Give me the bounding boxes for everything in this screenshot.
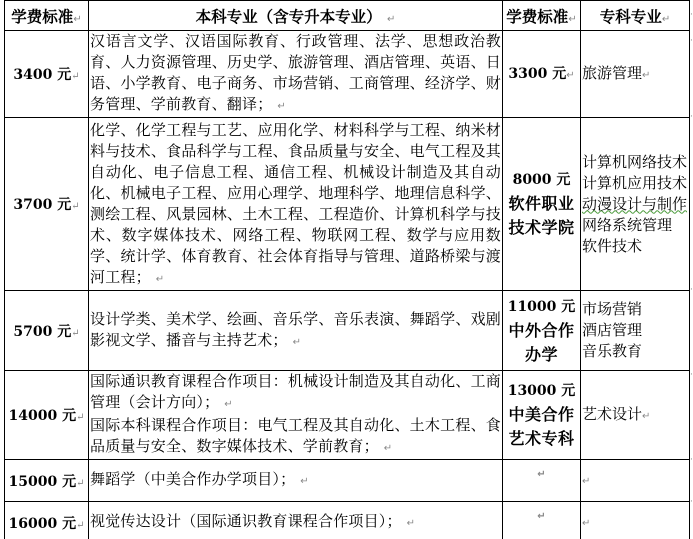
college-majors-cell: ↵ [581,460,690,502]
college-majors-cell: 市场营销 酒店管理 音乐教育 [581,291,690,371]
row-end-mark-icon: · [690,10,693,20]
majors-cell: 国际通识教育课程合作项目：机械设计制造及其自动化、工商管理（会计方向）； ↵ 国… [89,371,503,460]
paragraph-mark-icon: ↵ [293,337,302,348]
header-fee-college: 学费标准↵ [503,1,581,31]
paragraph-mark-icon: ↵ [642,411,650,422]
fee-cell: 14000 元↵ [5,371,89,460]
paragraph-mark-icon: ↵ [300,476,309,487]
college-major-item: 计算机应用技术 [582,173,688,194]
college-fee-cell: ↵ [503,502,581,539]
paragraph-mark-icon: ↵ [407,518,416,529]
college-major-item: 网络系统管理 [582,215,688,236]
majors-cell: 舞蹈学（中美合作办学项目）； ↵ [89,460,503,502]
paragraph-mark-icon: ↵ [537,511,545,522]
college-major-item: 动漫设计与制作 [582,194,688,215]
college-major-item: 酒店管理 [582,320,688,341]
college-major-item: 市场营销 [582,299,688,320]
table-row: 3700 元↵ 化学、化学工程与工艺、应用化学、材料科学与工程、纳米材料与技术、… [5,118,690,291]
college-fee-amount: 13000 元 [504,379,579,403]
header-college-majors: 专科专业↵ [581,1,690,31]
table-row: 16000 元↵ 视觉传达设计（国际通识教育课程合作项目）； ↵ ↵ ↵ [5,502,690,539]
table-row: 3400 元↵ 汉语言文学、汉语国际教育、行政管理、法学、思想政治教育、人力资源… [5,31,690,118]
header-fee-undergrad: 学费标准↵ [5,1,89,31]
majors-cell: 汉语言文学、汉语国际教育、行政管理、法学、思想政治教育、人力资源管理、历史学、旅… [89,31,503,118]
college-majors-cell: ↵ [581,502,690,539]
college-major-item: 音乐教育 [582,341,688,362]
paragraph-mark-icon: ↵ [566,70,574,81]
paragraph-mark-icon: ↵ [71,328,79,339]
paragraph-mark-icon: ↵ [384,443,393,454]
paragraph-mark-icon: ↵ [156,274,165,285]
majors-cell: 化学、化学工程与工艺、应用化学、材料科学与工程、纳米材料与技术、食品科学与工程、… [89,118,503,291]
paragraph-mark-icon: ↵ [582,476,590,487]
majors-cell: 视觉传达设计（国际通识教育课程合作项目）； ↵ [89,502,503,539]
paragraph-mark-icon: ↵ [582,518,590,529]
college-fee-note: 艺术专科 [504,427,579,451]
college-fee-note: 软件职业 [504,192,579,216]
table-row: 5700 元↵ 设计学类、美术学、绘画、音乐学、音乐表演、舞蹈学、戏剧影视文学、… [5,291,690,371]
paragraph-mark-icon: ↵ [642,70,650,81]
table-row: 15000 元↵ 舞蹈学（中美合作办学项目）； ↵ ↵ ↵ [5,460,690,502]
paragraph-mark-icon: ↵ [76,520,84,531]
paragraph-mark-icon: ↵ [277,101,286,112]
college-majors-cell: 艺术设计↵ [581,371,690,460]
paragraph-mark-icon: ↵ [387,14,395,25]
table-row: 14000 元↵ 国际通识教育课程合作项目：机械设计制造及其自动化、工商管理（会… [5,371,690,460]
fee-cell: 5700 元↵ [5,291,89,371]
row-end-mark-icon: · [690,455,693,465]
college-fee-note: 中外合作 [504,319,579,343]
fee-cell: 3700 元↵ [5,118,89,291]
row-end-mark-icon: · [690,285,693,295]
majors-cell: 设计学类、美术学、绘画、音乐学、音乐表演、舞蹈学、戏剧影视文学、播音与主持艺术；… [89,291,503,371]
college-fee-cell: 11000 元 中外合作 办学 [503,291,581,371]
college-major-item: 计算机网络技术 [582,152,688,173]
fee-cell: 16000 元↵ [5,502,89,539]
paragraph-mark-icon: ↵ [71,71,79,82]
majors-line: 国际通识教育课程合作项目：机械设计制造及其自动化、工商管理（会计方向）； [90,372,501,411]
college-majors-cell: 旅游管理↵ [581,31,690,118]
college-fee-cell: 13000 元 中美合作 艺术专科 [503,371,581,460]
college-fee-cell: 8000 元 软件职业 技术学院 [503,118,581,291]
row-end-mark-icon: · [690,497,693,507]
college-fee-note: 中美合作 [504,403,579,427]
majors-line: 国际本科课程合作项目：电气工程及其自动化、土木工程、食品质量与安全、数字媒体技术… [90,416,501,455]
paragraph-mark-icon: ↵ [224,399,233,410]
college-majors-cell: 计算机网络技术 计算机应用技术 动漫设计与制作 网络系统管理 软件技术 [581,118,690,291]
table-header-row: 学费标准↵ 本科专业（含专升本专业） ↵ 学费标准↵ 专科专业↵ [5,1,690,31]
fee-cell: 15000 元↵ [5,460,89,502]
paragraph-mark-icon: ↵ [537,469,545,480]
paragraph-mark-icon: ↵ [71,201,79,212]
paragraph-mark-icon: ↵ [76,478,84,489]
paragraph-mark-icon: ↵ [76,412,84,423]
paragraph-mark-icon: ↵ [662,14,670,25]
row-end-mark-icon: · [690,112,693,122]
fee-cell: 3400 元↵ [5,31,89,118]
row-end-mark-icon: · [690,36,693,46]
paragraph-mark-icon: ↵ [568,14,576,25]
college-fee-note: 技术学院 [504,216,579,240]
college-fee-amount: 8000 元 [504,168,579,192]
tuition-fee-table: 学费标准↵ 本科专业（含专升本专业） ↵ 学费标准↵ 专科专业↵ 3400 元↵… [4,0,690,539]
college-fee-cell: ↵ [503,460,581,502]
header-undergrad-majors: 本科专业（含专升本专业） ↵ [89,1,503,31]
college-major-item: 软件技术 [582,236,688,257]
college-fee-amount: 11000 元 [504,295,579,319]
paragraph-mark-icon: ↵ [73,14,81,25]
college-fee-note: 办学 [504,343,579,367]
row-end-mark-icon: · [690,370,693,380]
college-fee-cell: 3300 元↵ [503,31,581,118]
